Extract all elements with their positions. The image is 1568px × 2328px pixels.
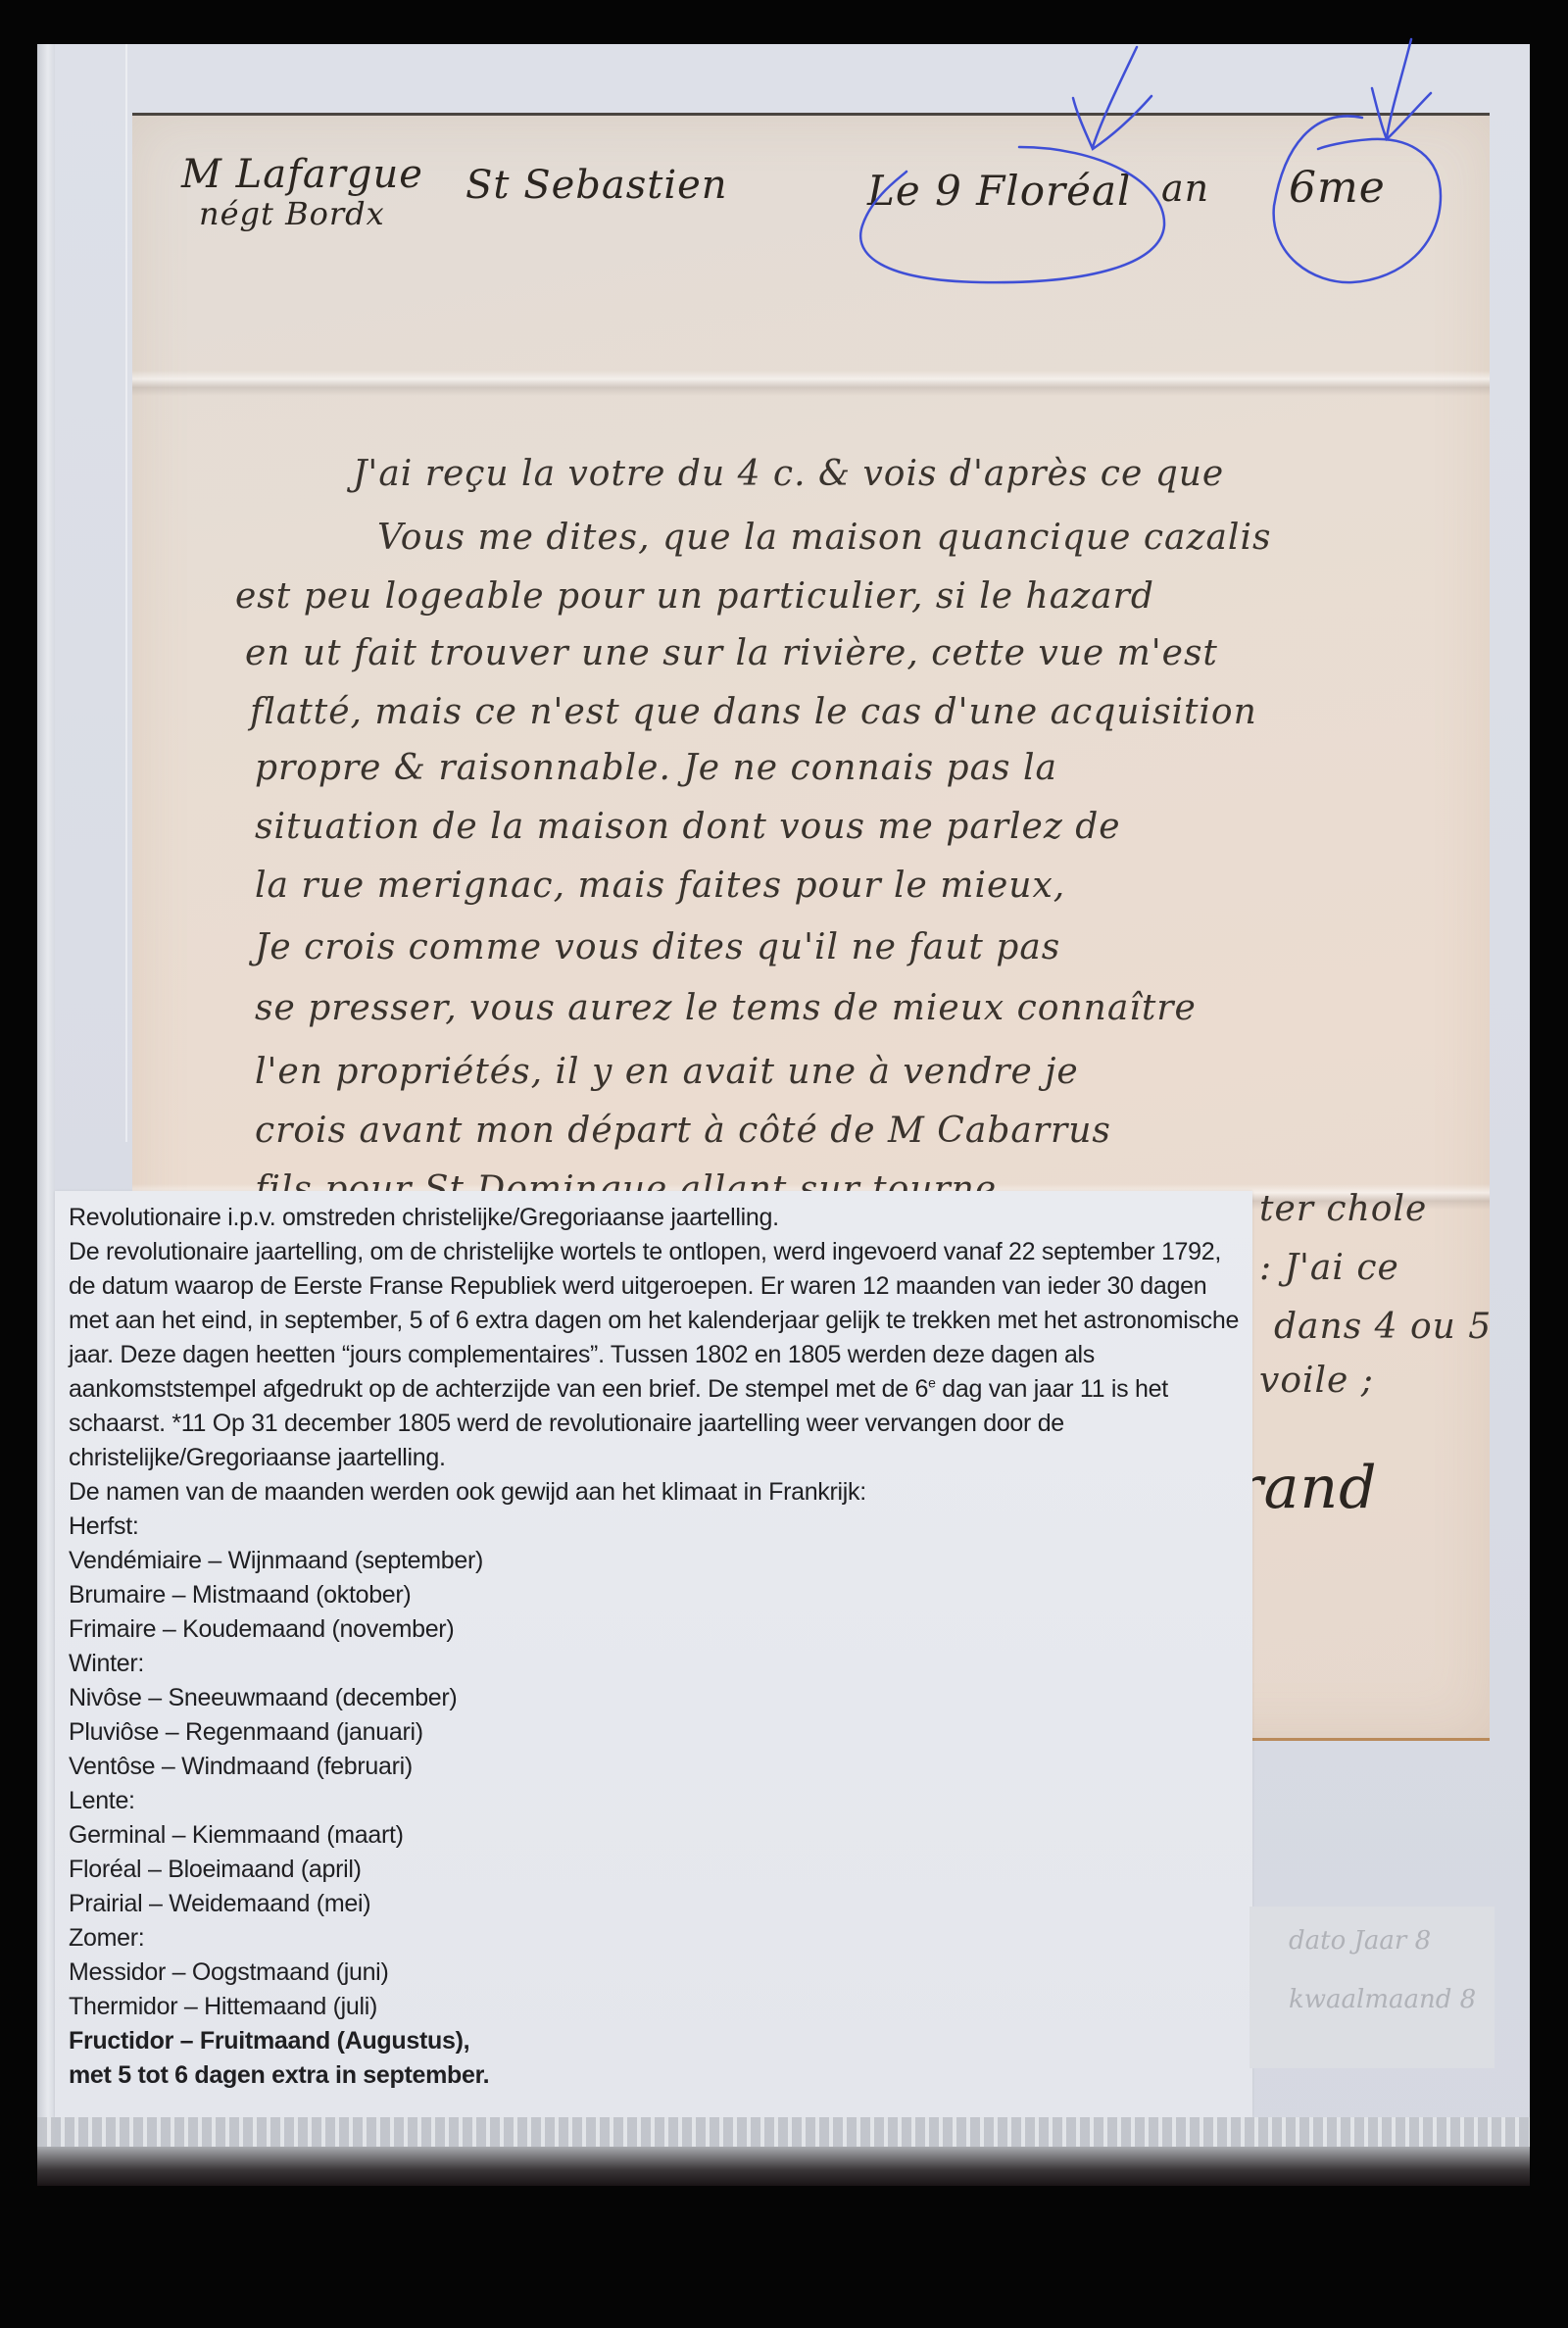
month-item: Floréal – Bloeimaand (april) xyxy=(69,1853,1245,1887)
letter-fragment: voile ; xyxy=(1259,1361,1374,1401)
letter-fragment: dans 4 ou 5 xyxy=(1274,1307,1492,1347)
letter-date: Le 9 Floréal xyxy=(867,167,1131,215)
letter-year-word: an xyxy=(1161,167,1209,210)
month-item-bold: met 5 tot 6 dagen extra in september. xyxy=(69,2058,1245,2093)
season-label: Winter: xyxy=(69,1647,1245,1681)
back-note-line: dato Jaar 8 xyxy=(1289,1926,1431,1956)
months-intro: De namen van de maanden werden ook gewij… xyxy=(69,1475,1245,1510)
signature: rand xyxy=(1235,1454,1378,1522)
sleeve-fold xyxy=(125,44,127,1142)
letter-addressee: M Lafargue négt Bordx xyxy=(181,155,423,233)
month-item-bold: Fructidor – Fruitmaand (Augustus), xyxy=(69,2024,1245,2058)
letter-line: Je crois comme vous dites qu'il ne faut … xyxy=(255,927,1060,967)
info-card: Revolutionaire i.p.v. omstreden christel… xyxy=(55,1191,1252,2117)
letter-line: en ut fait trouver une sur la rivière, c… xyxy=(245,633,1218,673)
letter-year: 6me xyxy=(1289,163,1386,213)
superscript: e xyxy=(928,1375,936,1391)
info-intro: De revolutionaire jaartelling, om de chr… xyxy=(69,1235,1245,1475)
month-item: Brumaire – Mistmaand (oktober) xyxy=(69,1578,1245,1612)
letter-line: Vous me dites, que la maison quancique c… xyxy=(377,518,1271,558)
letter-line: situation de la maison dont vous me parl… xyxy=(255,807,1121,847)
back-note-line: kwaalmaand 8 xyxy=(1289,1985,1476,2014)
month-item: Frimaire – Koudemaand (november) xyxy=(69,1612,1245,1647)
back-note-showthrough: dato Jaar 8 kwaalmaand 8 xyxy=(1249,1907,1494,2068)
month-item: Vendémiaire – Wijnmaand (september) xyxy=(69,1544,1245,1578)
album-sleeve-edge xyxy=(37,2147,1530,2186)
letter-fragment: : J'ai ce xyxy=(1259,1248,1399,1288)
month-item: Nivôse – Sneeuwmaand (december) xyxy=(69,1681,1245,1715)
month-item: Prairial – Weidemaand (mei) xyxy=(69,1887,1245,1921)
season-label: Lente: xyxy=(69,1784,1245,1818)
album-sleeve-binding xyxy=(37,2117,1530,2147)
info-text: Revolutionaire i.p.v. omstreden christel… xyxy=(69,1201,1245,2093)
month-item: Thermidor – Hittemaand (juli) xyxy=(69,1990,1245,2024)
letter-place: St Sebastien xyxy=(465,163,728,208)
addressee-line-1: M Lafargue xyxy=(181,155,423,194)
letter-line: se presser, vous aurez le tems de mieux … xyxy=(255,988,1197,1028)
letter-line: l'en propriétés, il y en avait une à ven… xyxy=(255,1052,1079,1092)
addressee-line-2: négt Bordx xyxy=(199,194,423,233)
letter-line: crois avant mon départ à côté de M Cabar… xyxy=(255,1111,1111,1151)
paper-crease xyxy=(132,371,1490,396)
letter-line: propre & raisonnable. Je ne connais pas … xyxy=(255,748,1057,788)
letter-line: la rue merignac, mais faites pour le mie… xyxy=(255,866,1065,906)
letter-line: est peu logeable pour un particulier, si… xyxy=(235,576,1154,617)
season-label: Zomer: xyxy=(69,1921,1245,1956)
letter-line: J'ai reçu la votre du 4 c. & vois d'aprè… xyxy=(353,454,1224,494)
letter-line: flatté, mais ce n'est que dans le cas d'… xyxy=(250,692,1257,732)
month-item: Messidor – Oogstmaand (juni) xyxy=(69,1956,1245,1990)
info-title: Revolutionaire i.p.v. omstreden christel… xyxy=(69,1201,1245,1235)
sleeve-edge xyxy=(37,44,55,2186)
month-item: Germinal – Kiemmaand (maart) xyxy=(69,1818,1245,1853)
season-label: Herfst: xyxy=(69,1510,1245,1544)
month-item: Pluviôse – Regenmaand (januari) xyxy=(69,1715,1245,1750)
letter-fragment: ter chole xyxy=(1259,1189,1427,1229)
month-item: Ventôse – Windmaand (februari) xyxy=(69,1750,1245,1784)
